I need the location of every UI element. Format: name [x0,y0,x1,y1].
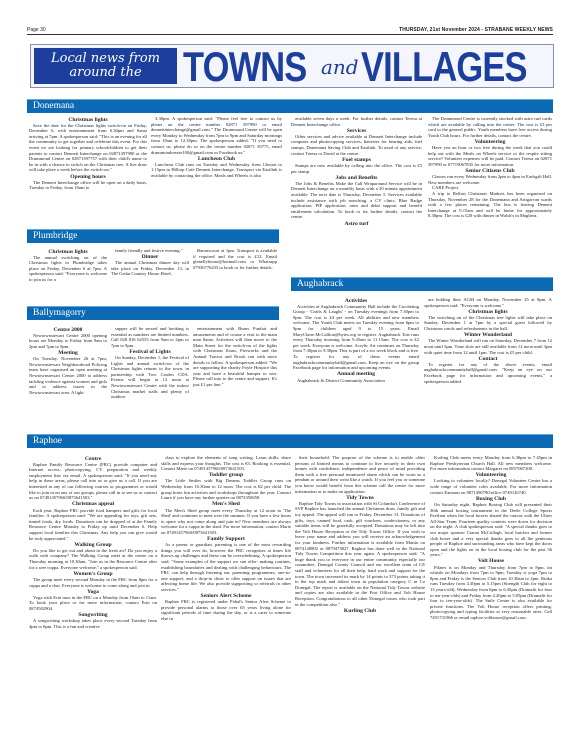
article-body: Stamps are now available by calling into… [291,163,422,174]
article-body: The annual Christmas dinner day will tak… [111,260,189,277]
article-body: The switching on of the Christmas tree l… [424,315,552,332]
tagline-line-1: Local news from [34,52,177,66]
article-body: Each year, Raphoe FRC provide food hampe… [29,508,157,542]
page-number: Page 30 [27,27,46,33]
article-body: On Sunday, December 1, the Festival of L… [111,355,189,400]
article-column-donemana: available seven days a week. For further… [291,116,422,227]
article-column-donemana: Christmas lightsSave the date for the Ch… [29,116,147,191]
article-body: A songwriting workshop takes place every… [29,618,157,629]
folio: Page 30 THURSDAY, 21st November 2024 - S… [27,26,553,35]
article-body: Do you like to get out and about in the … [29,548,157,570]
article-body: The group meet every second Monday in th… [29,577,157,588]
newspaper-page: Page 30 THURSDAY, 21st November 2024 - S… [0,0,580,737]
article-column-aughabrack: are holding their AGM on Monday, Novembe… [424,297,552,384]
article-column-raphoe: CentreRaphoe Family Resource Centre (FRC… [29,455,157,629]
article-body: The Drummond Centre is currently stocked… [428,116,552,138]
article-body: The annual switching on of the Christmas… [29,255,107,283]
section-bar-donemana: Donemana [27,99,553,113]
article-body: family friendly and festive evening." [111,248,189,254]
section-bar-aughabrack: Aughabrack [291,277,553,291]
article-column-ballymagorry: entertainment with Burns Funfair and amu… [193,326,277,388]
article-body: their household. The purpose of the sche… [295,455,425,494]
article-body: class to explore the elements of song wr… [161,455,291,472]
article-heading: Kurling Club [295,608,425,614]
article-body: The Little Smiles with Big Dreams Toddle… [161,478,291,500]
article-body: Pilates is on Monday and Thursday from 7… [430,565,552,621]
article-body: On Tuesday, November 26 at 7pm, Newtowns… [29,356,107,395]
article-body: Have you an hour or two free during the … [428,145,552,167]
article-column-plumbridge: Christmas lightsThe annual switching on … [29,248,107,283]
article-body: The Men's Shed group meet every Thursday… [161,508,291,536]
article-body: As a parent or guardian, parenting is on… [161,542,291,592]
section-bar-plumbridge: Plumbridge [27,229,279,243]
masthead-towns: TOWNS [183,45,306,89]
article-body: available seven days a week. For further… [291,116,422,127]
article-body: Raphoe Family Resource Centre (FRC) prov… [29,462,157,501]
article-body: Yoga with Erin runs in the FRC on a Mond… [29,595,157,612]
article-body: To register for any of the above events,… [424,362,552,384]
article-body: A trip to Belfast Christmas Markets has … [428,191,552,219]
article-body: The Dennett Interchange office will be o… [29,180,147,191]
article-column-raphoe: their household. The purpose of the sche… [295,455,425,614]
article-body: Newtownstewart Centre 2000 opening hours… [29,333,107,350]
article-body: Kurling Club meets every Monday from 6.3… [430,455,552,472]
section-bar-raphoe: Raphoe [27,434,553,448]
article-body: On Saturday night, Raphoe Boxing Club wi… [430,502,552,558]
article-heading: Astro turf [291,221,422,227]
article-body: The Winter Wonderland will run on Saturd… [424,338,552,355]
article-body: Baronscourt at 1pm. Transport is availab… [193,248,277,270]
masthead-tagline: Local news from around the [34,48,177,84]
article-body: are holding their AGM on Monday, Novembe… [424,297,552,308]
article-body: Other services and advice available at D… [291,134,422,156]
article-column-ballymagorry: Centre 2000Newtownstewart Centre 2000 op… [29,326,107,395]
article-column-plumbridge: family friendly and festive evening."Din… [111,248,189,277]
article-body: Aughabrack & District Community Associat… [293,378,419,384]
article-body: Classes run every Wednesday from 2pm to … [428,174,552,185]
article-body: Raphoe FRC is registered under Pobal's S… [161,599,291,621]
article-body: Raphoe Tidy Towns in association with St… [295,501,425,607]
article-column-ballymagorry: supper will be served and booking is ess… [111,326,189,400]
article-column-raphoe: Kurling Club meets every Monday from 6.3… [430,455,552,621]
article-body: entertainment with Burns Funfair and amu… [193,326,277,388]
article-body: 3.30pm. A spokesperson said: "Please fee… [151,116,282,155]
article-column-donemana: The Drummond Centre is currently stocked… [428,116,552,219]
masthead-villages: VILLAGES [361,45,527,89]
article-column-plumbridge: Baronscourt at 1pm. Transport is availab… [193,248,277,270]
article-body: Looking to volunteer locally? Donegal Vo… [430,478,552,495]
tagline-line-2: around the [34,66,177,80]
masthead-banner: Local news from around the TOWNS and VIL… [30,44,554,88]
article-column-raphoe: class to explore the elements of song wr… [161,455,291,622]
article-column-donemana: 3.30pm. A spokesperson said: "Please fee… [151,116,282,179]
article-body: Luncheon Club runs on Tuesday and Wednes… [151,162,282,179]
section-bar-ballymagorry: Ballymagorry [27,306,279,320]
article-body: Activities at Aughabrack Community Hall … [293,304,419,371]
article-body: supper will be served and booking is ess… [111,326,189,348]
article-body: Save the date for the Christmas lights s… [29,123,147,173]
article-column-aughabrack: ActivitiesActivities at Aughabrack Commu… [293,297,419,383]
article-body: The Jobs & Benefits Make the Call Wrapar… [291,181,422,220]
masthead-and: and [321,55,359,79]
dateline: THURSDAY, 21st November 2024 - STRABANE … [399,27,553,33]
